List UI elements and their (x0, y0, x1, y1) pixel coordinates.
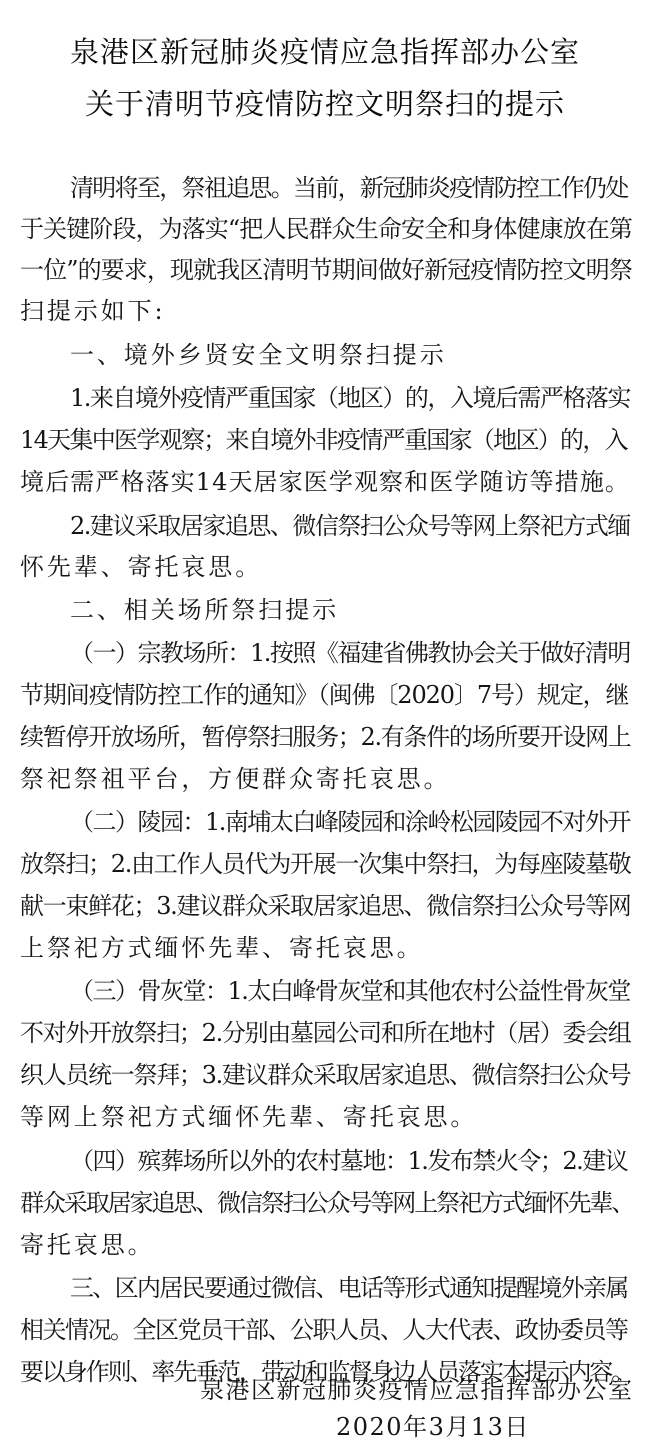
body-line: 于关键阶段，为落实“把人民群众生命安全和身体健康放在第 (20, 214, 632, 244)
body-line: 织人员统一祭拜；3.建议群众采取居家追思、微信祭扫公众号 (20, 1060, 632, 1090)
issuer-signature: 泉港区新冠肺炎疫情应急指挥部办公室 (200, 1370, 634, 1405)
body-line: 一、境外乡贤安全文明祭扫提示 (70, 340, 632, 370)
body-line: 上祭祀方式缅怀先辈、寄托哀思。 (20, 933, 632, 963)
body-line: （二）陵园：1.南埔太白峰陵园和涂岭松园陵园不对外开 (70, 807, 632, 837)
body-line: 群众采取居家追思、微信祭扫公众号等网上祭祀方式缅怀先辈、 (20, 1188, 632, 1218)
body-line: 续暂停开放场所，暂停祭扫服务；2.有条件的场所要开设网上 (20, 722, 632, 752)
body-line: 2.建议采取居家追思、微信祭扫公众号等网上祭祀方式缅 (70, 511, 632, 541)
body-line: 清明将至，祭祖追思。当前，新冠肺炎疫情防控工作仍处 (70, 173, 632, 203)
body-line: 境后需严格落实14天居家医学观察和医学随访等措施。 (20, 467, 632, 497)
issue-date: 2020年3月13日 (336, 1407, 530, 1442)
body-line: 一位”的要求，现就我区清明节期间做好新冠疫情防控文明祭 (20, 255, 632, 285)
body-line: 三、区内居民要通过微信、电话等形式通知提醒境外亲属 (70, 1273, 632, 1303)
body-line: 怀先辈、寄托哀思。 (20, 552, 632, 582)
body-line: 寄托哀思。 (20, 1230, 632, 1260)
body-line: 14天集中医学观察；来自境外非疫情严重国家（地区）的，入 (20, 425, 632, 455)
body-line: 祭祀祭祖平台，方便群众寄托哀思。 (20, 764, 632, 794)
body-line: 1.来自境外疫情严重国家（地区）的，入境后需严格落实 (70, 383, 632, 413)
body-line: 节期间疫情防控工作的通知》（闽佛〔2020〕7号）规定，继 (20, 680, 632, 710)
document-title-line-2: 关于清明节疫情防控文明祭扫的提示 (0, 82, 650, 123)
body-line: 扫提示如下: (20, 296, 632, 326)
body-line: 不对外开放祭扫；2.分别由墓园公司和所在地村（居）委会组 (20, 1018, 632, 1048)
body-line: 献一束鲜花；3.建议群众采取居家追思、微信祭扫公众号等网 (20, 891, 632, 921)
body-line: 相关情况。全区党员干部、公职人员、人大代表、政协委员等 (20, 1315, 632, 1345)
document-title-line-1: 泉港区新冠肺炎疫情应急指挥部办公室 (0, 30, 650, 71)
body-line: 等网上祭祀方式缅怀先辈、寄托哀思。 (20, 1102, 632, 1132)
body-line: 放祭扫；2.由工作人员代为开展一次集中祭扫，为每座陵墓敬 (20, 849, 632, 879)
body-line: （四）殡葬场所以外的农村墓地：1.发布禁火令；2.建议 (70, 1146, 632, 1176)
body-line: 二、相关场所祭扫提示 (70, 595, 632, 625)
body-line: （一）宗教场所：1.按照《福建省佛教协会关于做好清明 (70, 638, 632, 668)
body-line: （三）骨灰堂：1.太白峰骨灰堂和其他农村公益性骨灰堂 (70, 976, 632, 1006)
